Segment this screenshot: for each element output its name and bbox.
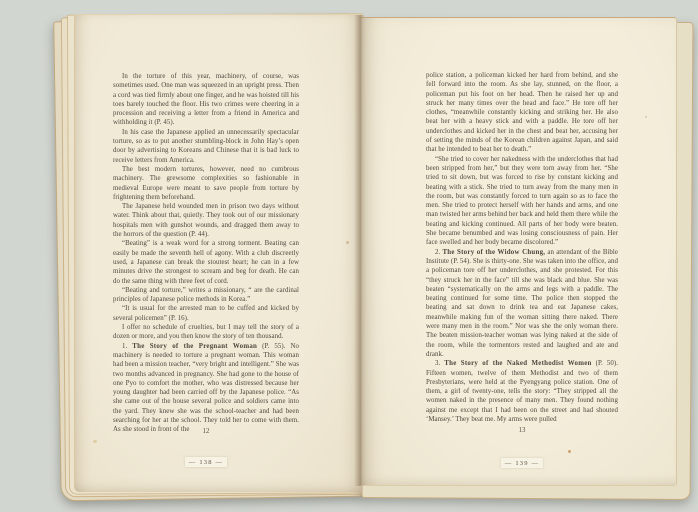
paragraph: The best modern tortures, however, need … [113, 165, 299, 202]
paragraph: I offer no schedule of cruelties, but I … [113, 323, 299, 342]
paragraph: The Japanese held wounded men in prison … [113, 202, 299, 239]
paragraph: “It is usual for the arrested man to be … [113, 304, 299, 323]
paragraph: “Beating” is a weak word for a strong to… [113, 239, 299, 285]
paragraph: 3. The Story of the Naked Methodist Wome… [426, 359, 618, 424]
right-page-number: 13 [426, 427, 618, 434]
right-page: police station, a policeman kicked her h… [360, 17, 677, 486]
paper-speck [645, 116, 647, 118]
paragraph: “Beating and torture,” writes a missiona… [113, 286, 299, 305]
paragraph: 2. The Story of the Widow Chung, an atte… [426, 248, 618, 360]
right-folio-row: — 139 — [426, 452, 618, 470]
paragraph: In the torture of this year, machinery, … [113, 72, 299, 128]
paragraph: 1. The Story of the Pregnant Woman (P. 5… [113, 342, 299, 435]
paragraph: police station, a policeman kicked her h… [426, 71, 618, 155]
left-folio-stamp: — 138 — [185, 457, 227, 467]
left-folio-row: — 138 — [113, 451, 299, 469]
left-page-number: 12 [113, 428, 299, 435]
paper-speck [93, 440, 97, 443]
right-page-text: police station, a policeman kicked her h… [426, 71, 618, 424]
left-page: In the torture of this year, machinery, … [74, 14, 362, 492]
paragraph: In his case the Japanese applied an unne… [113, 128, 299, 165]
paper-speck [346, 241, 349, 244]
paragraph: “She tried to cover her nakedness with t… [426, 155, 618, 248]
left-page-text: In the torture of this year, machinery, … [113, 72, 299, 435]
paper-speck [568, 450, 571, 453]
right-folio-stamp: — 139 — [501, 458, 543, 468]
open-book-scan: In the torture of this year, machinery, … [0, 0, 698, 512]
